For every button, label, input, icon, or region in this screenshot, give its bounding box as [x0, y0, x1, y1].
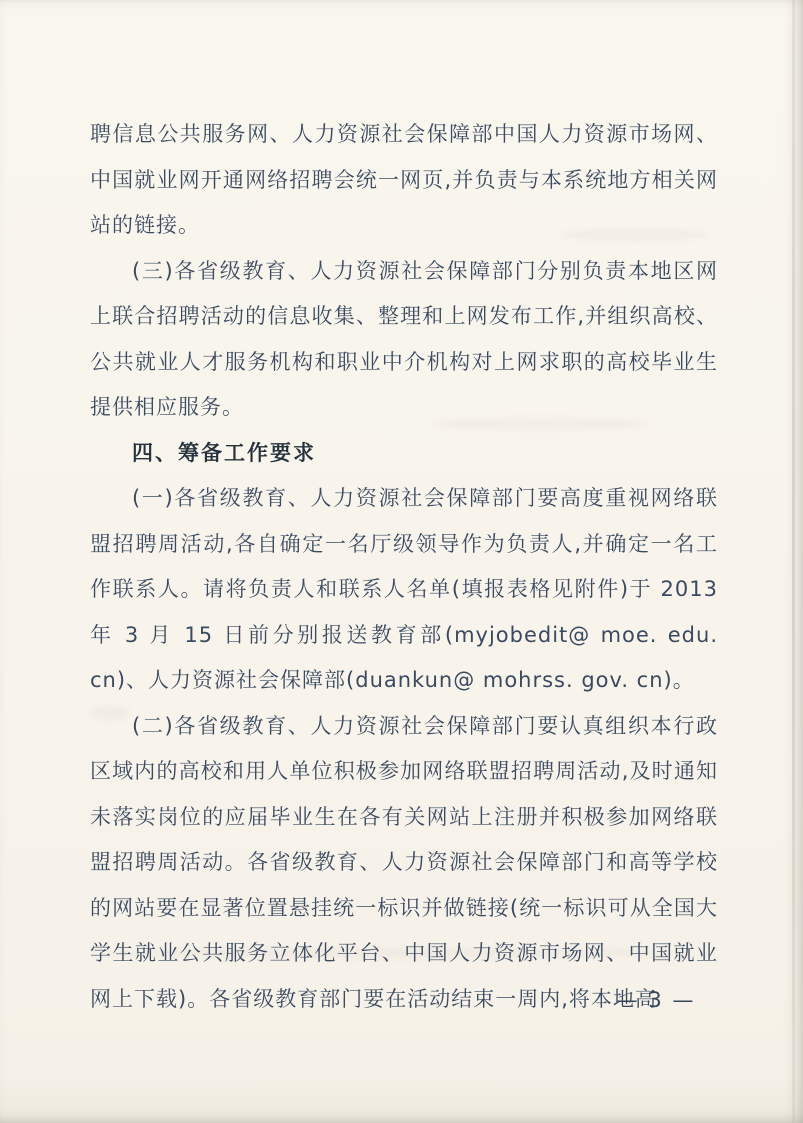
scanned-document-page: 聘信息公共服务网、人力资源社会保障部中国人力资源市场网、中国就业网开通网络招聘会…: [0, 0, 803, 1123]
paper-edge-line: [792, 0, 795, 1123]
page-number: — 3 —: [596, 985, 716, 1015]
paragraph: (二)各省级教育、人力资源社会保障部门要认真组织本行政区域内的高校和用人单位积极…: [90, 704, 718, 1023]
paragraph: 聘信息公共服务网、人力资源社会保障部中国人力资源市场网、中国就业网开通网络招聘会…: [90, 112, 718, 249]
section-heading: 四、筹备工作要求: [90, 431, 718, 477]
paragraph: (三)各省级教育、人力资源社会保障部门分别负责本地区网上联合招聘活动的信息收集、…: [90, 249, 718, 431]
paragraph: (一)各省级教育、人力资源社会保障部门要高度重视网络联盟招聘周活动,各自确定一名…: [90, 476, 718, 704]
document-text-block: 聘信息公共服务网、人力资源社会保障部中国人力资源市场网、中国就业网开通网络招聘会…: [90, 112, 718, 1022]
